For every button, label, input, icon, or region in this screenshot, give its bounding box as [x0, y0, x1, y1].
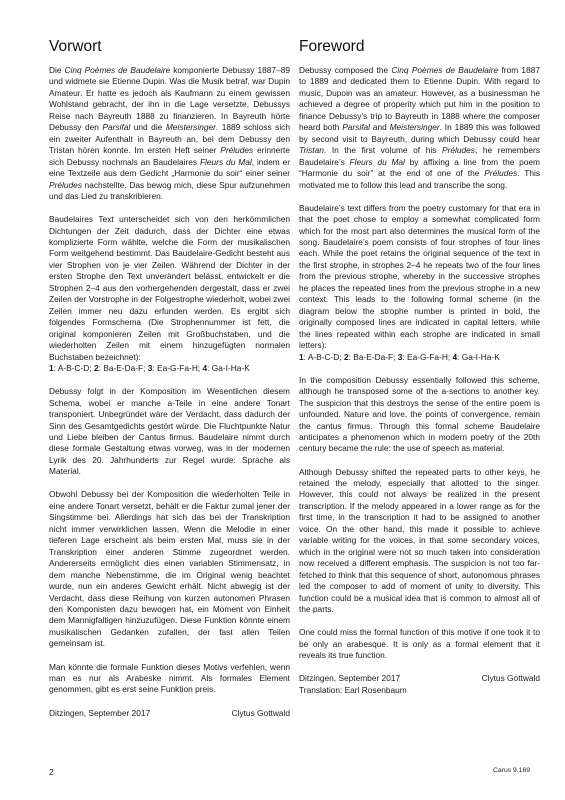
paragraph: One could miss the formal function of th…: [299, 627, 540, 661]
place-date: Ditzingen, September 2017: [49, 708, 150, 719]
heading-vorwort: Vorwort: [49, 38, 290, 56]
english-paragraphs: Debussy composed the Cinq Poèmes de Baud…: [299, 65, 540, 662]
paragraph: Baudelaire’s text differs from the poetr…: [299, 203, 540, 352]
english-signature: Ditzingen, September 2017 Clytus Gottwal…: [299, 673, 540, 684]
catalog-number: Carus 9.169: [493, 767, 530, 774]
place-date: Ditzingen, September 2017: [299, 673, 400, 684]
page-number: 2: [49, 767, 54, 777]
paragraph: Baudelaires Text unterscheidet sich von …: [49, 214, 290, 363]
paragraph: Die Cinq Poèmes de Baudelaire komponiert…: [49, 65, 290, 202]
paragraph: Obwohl Debussy bei der Komposition die w…: [49, 489, 290, 649]
author: Clytus Gottwald: [482, 673, 540, 684]
author: Clytus Gottwald: [232, 708, 290, 719]
paragraph: Debussy folgt in der Komposition im Wese…: [49, 386, 290, 478]
english-column: Foreword Debussy composed the Cinq Poème…: [299, 38, 540, 696]
german-paragraphs: Die Cinq Poèmes de Baudelaire komponiert…: [49, 65, 290, 696]
formal-scheme: 1: A-B-C-D; 2: Ba-E-Da-F; 3: Ea-G-Fa-H; …: [49, 363, 290, 374]
german-column: Vorwort Die Cinq Poèmes de Baudelaire ko…: [49, 38, 290, 719]
translator-credit: Translation: Earl Rosenbaum: [299, 685, 540, 696]
paragraph: Although Debussy shifted the repeated pa…: [299, 467, 540, 616]
paragraph: Man könnte die formale Funktion dieses M…: [49, 662, 290, 696]
german-signature: Ditzingen, September 2017 Clytus Gottwal…: [49, 708, 290, 719]
formal-scheme: 1: A-B-C-D; 2: Ba-E-Da-F; 3: Ea-G-Fa-H; …: [299, 352, 540, 363]
paragraph: Debussy composed the Cinq Poèmes de Baud…: [299, 65, 540, 191]
heading-foreword: Foreword: [299, 38, 540, 56]
paragraph: In the composition Debussy essentially f…: [299, 375, 540, 455]
